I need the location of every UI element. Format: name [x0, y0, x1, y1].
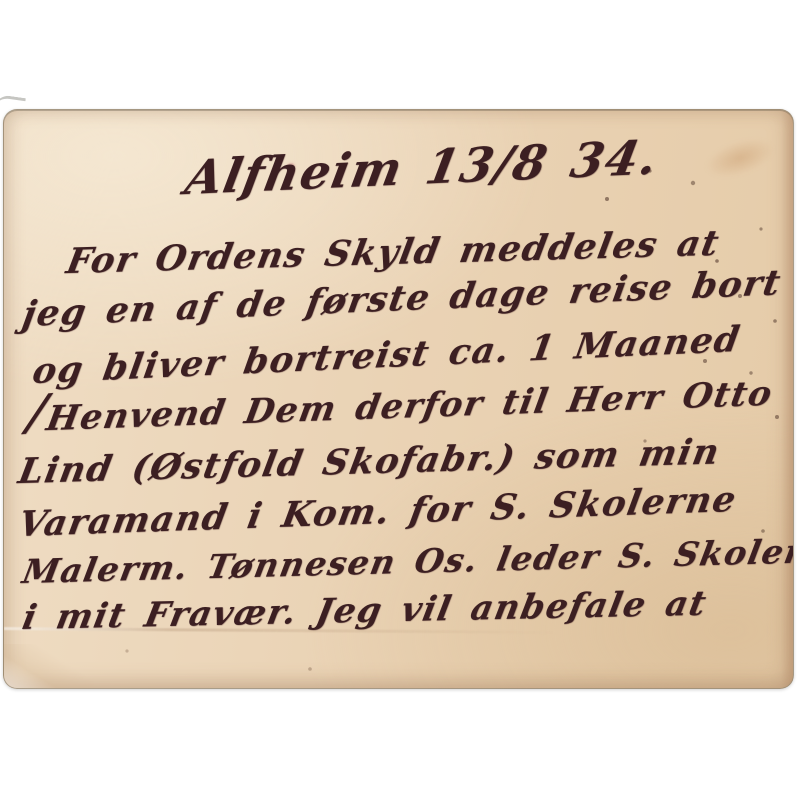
- postcard: Alfheim 13/8 34. For Ordens Skyld meddel…: [3, 109, 794, 689]
- stain: [688, 122, 793, 194]
- corner-fold: [3, 644, 94, 689]
- edge-stain: [781, 110, 793, 688]
- ink-specks: [4, 110, 6, 112]
- date-line: Alfheim 13/8 34.: [181, 130, 663, 206]
- photo-background: Alfheim 13/8 34. For Ordens Skyld meddel…: [0, 0, 800, 800]
- handwriting-line: i mit Fravær. Jeg vil anbefale at: [19, 584, 710, 638]
